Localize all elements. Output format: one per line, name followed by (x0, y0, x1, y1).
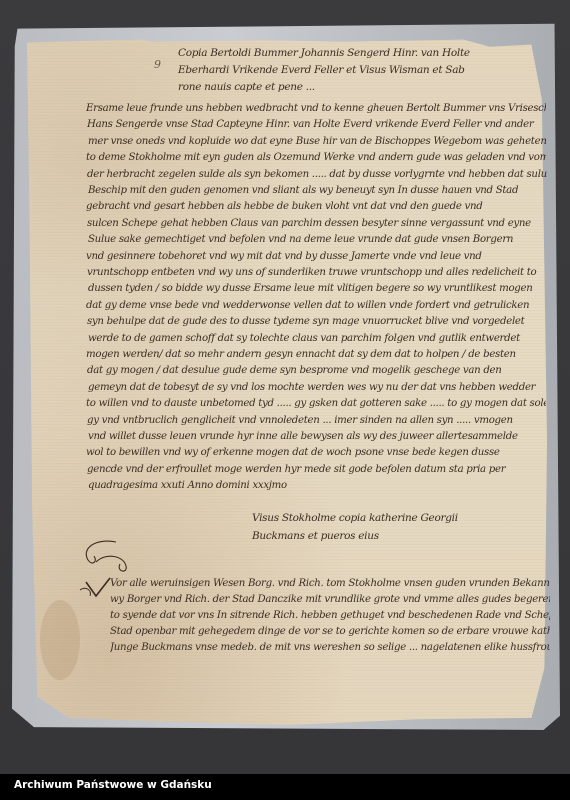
manuscript-line: vnd gesinnere tobehoret vnd wy mit dat v… (86, 251, 546, 262)
manuscript-line: Stad openbar mit gehegedem dinge de vor … (110, 626, 550, 637)
manuscript-line: to willen vnd to dauste unbetomed tyd ..… (86, 398, 546, 409)
manuscript-line: wy Borger vnd Rich. der Stad Danczike mi… (110, 594, 550, 605)
manuscript-line: dat gy mogen / dat desulue gude deme syn… (87, 365, 547, 376)
manuscript-line: to deme Stokholme mit eyn guden als Ozem… (86, 152, 546, 163)
manuscript-line: Hans Sengerde vnse Stad Capteyne Hinr. v… (87, 119, 547, 130)
stain (40, 600, 80, 680)
manuscript-line: gencde vnd der erfroullet moge werden hy… (87, 464, 547, 475)
manuscript-line: Junge Buckmans vnse medeb. de mit vns we… (110, 642, 550, 653)
archive-label: Archiwum Państwowe w Gdańsku (14, 779, 212, 791)
manuscript-line: mogen werden/ dat so mehr andern gesyn e… (86, 349, 546, 360)
manuscript-content: 9 Copia Bertoldi Bummer Johannis Sengerd… (0, 0, 570, 774)
manuscript-line: dussen tyden / so bidde wy dusse Ersame … (88, 283, 548, 294)
heading-line: Eberhardi Vrikende Everd Feller et Visus… (178, 64, 465, 76)
heading-line: rone nauis capte et pene ... (178, 81, 315, 93)
heading-line: Copia Bertoldi Bummer Johannis Sengerd H… (178, 47, 470, 59)
manuscript-line: gemeyn dat de tobesyt de sy vnd los moch… (88, 382, 548, 393)
manuscript-line: dat gy deme vnse bede vnd wedderwonse ve… (86, 300, 546, 311)
manuscript-line: gebracht vnd gesart hebben als hebbe de … (86, 201, 546, 212)
manuscript-line: vnd willet dusse leuen vrunde hyr inne a… (88, 431, 548, 442)
manuscript-line: der herbracht zegelen sulde als syn beko… (87, 169, 547, 180)
address-line: Buckmans et pueros eius (252, 530, 379, 542)
manuscript-line: Vor alle weruinsigen Wesen Borg. vnd Ric… (110, 578, 550, 589)
address-line: Visus Stokholme copia katherine Georgii (252, 512, 458, 524)
manuscript-line: mer vnse oneds vnd kopluide wo dat eyne … (88, 136, 548, 147)
manuscript-line: sulcen Schepe gehat hebben Claus van par… (87, 218, 547, 229)
manuscript-line: vruntschopp entbeten vnd wy uns of sunde… (87, 267, 547, 278)
manuscript-line: syn behulpe dat de gude des to dusse tyd… (87, 316, 547, 327)
manuscript-line: quadragesima xxuti Anno domini xxxjmo (88, 480, 548, 491)
manuscript-line: gy vnd vntbruclich genglicheit vnd vnnol… (87, 415, 547, 426)
manuscript-line: Ersame leue frunde uns hebben wedbracht … (86, 103, 546, 114)
manuscript-line: Beschip mit den guden genomen vnd sliant… (88, 185, 548, 196)
manuscript-line: wol to bewillen vnd wy of erkenne mogen … (86, 447, 546, 458)
manuscript-line: werde to de gamen schoff dat sy tolechte… (88, 333, 548, 344)
manuscript-line: to syende dat vor vns In sitrende Rich. … (110, 610, 550, 621)
manuscript-line: Sulue sake gemechtiget vnd befolen vnd n… (88, 234, 548, 245)
folio-number: 9 (154, 58, 161, 71)
